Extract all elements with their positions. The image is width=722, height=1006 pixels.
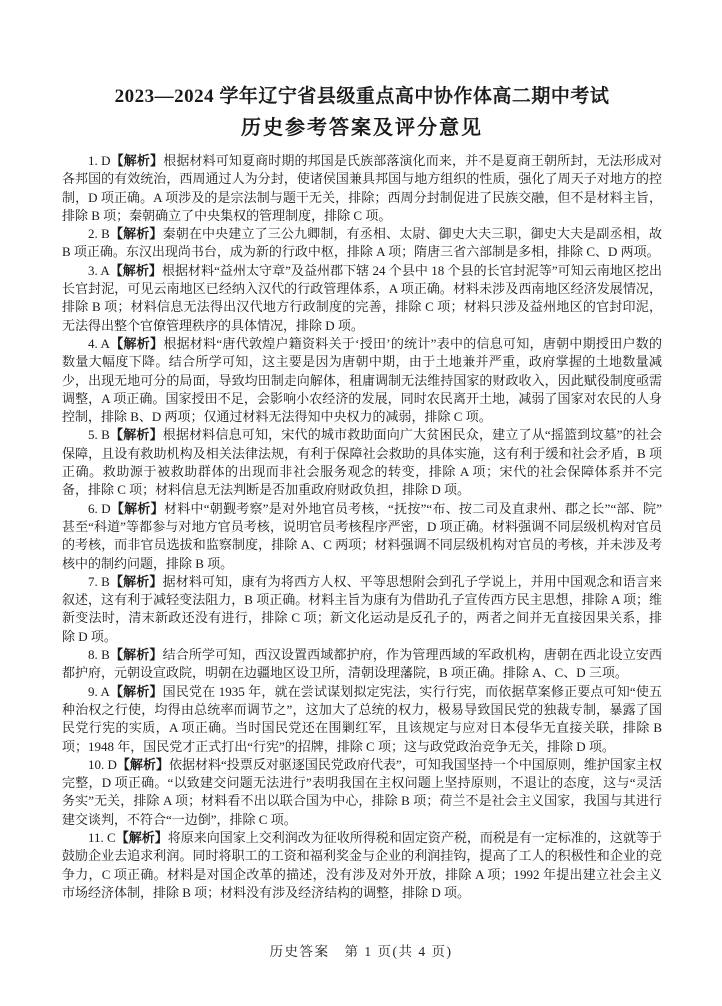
page-footer: 历史答案 第 1 页(共 4 页) [0,940,722,960]
answer-number: 10. D [88,757,117,772]
answer-item-9: 9. A【解析】国民党在 1935 年，就在尝试谋划拟定宪法，实行行宪，而依据草… [62,683,662,756]
exam-answer-page: 2023—2024 学年辽宁省县级重点高中协作体高二期中考试 历史参考答案及评分… [0,0,722,1006]
answer-item-3: 3. A【解析】根据材料“益州太守章”及益州郡下辖 24 个县中 18 个县的长… [62,262,662,335]
answer-item-2: 2. B【解析】秦朝在中央建立了三公九卿制，有丞相、太尉、御史大夫三职，御史大夫… [62,225,662,262]
answer-number: 1. D [88,153,111,168]
answer-number: 5. B [88,427,110,442]
analysis-tag: 【解析】 [110,574,163,589]
analysis-tag: 【解析】 [110,647,163,662]
answer-item-5: 5. B【解析】根据材料信息可知，宋代的城市救助面向广大贫困民众，建立了从“摇篮… [62,426,662,499]
answer-number: 3. A [88,263,110,278]
answer-item-7: 7. B【解析】据材料可知，康有为将西方人权、平等思想附会到孔子学说上，并用中国… [62,573,662,646]
answer-number: 2. B [88,226,110,241]
answer-number: 4. A [88,336,110,351]
analysis-tag: 【解析】 [110,684,163,699]
answer-item-6: 6. D【解析】材料中“朝觐考察”是对外地官员考核，“抚按”“布、按二司及直隶州… [62,500,662,573]
answers-section: 1. D【解析】根据材料可知夏商时期的邦国是氏族部落演化而来，并不是夏商王朝所封… [62,152,662,902]
answer-item-10: 10. D【解析】依据材料“投票反对驱逐国民党政府代表”，可知我国坚持一个中国原… [62,756,662,829]
answer-number: 7. B [88,574,110,589]
answer-item-11: 11. C【解析】将原来向国家上交利润改为征收所得税和固定资产税，而税是有一定标… [62,829,662,902]
analysis-tag: 【解析】 [111,153,164,168]
answer-number: 11. C [88,830,116,845]
analysis-tag: 【解析】 [110,336,163,351]
answer-item-4: 4. A【解析】根据材料“唐代敦煌户籍资料关于‘授田’的统计”表中的信息可知，唐… [62,335,662,426]
answer-item-1: 1. D【解析】根据材料可知夏商时期的邦国是氏族部落演化而来，并不是夏商王朝所封… [62,152,662,225]
answer-number: 9. A [88,684,110,699]
answer-item-8: 8. B【解析】结合所学可知，西汉设置西域都护府，作为管理西域的军政机构，唐朝在… [62,646,662,683]
analysis-tag: 【解析】 [110,427,163,442]
answer-number: 6. D [88,501,111,516]
analysis-tag: 【解析】 [111,501,164,516]
exam-title: 2023—2024 学年辽宁省县级重点高中协作体高二期中考试 [62,84,662,110]
answer-number: 8. B [88,647,110,662]
analysis-tag: 【解析】 [116,830,168,845]
analysis-tag: 【解析】 [110,226,163,241]
answer-sheet-title: 历史参考答案及评分意见 [62,114,662,142]
analysis-tag: 【解析】 [117,757,169,772]
analysis-tag: 【解析】 [110,263,162,278]
